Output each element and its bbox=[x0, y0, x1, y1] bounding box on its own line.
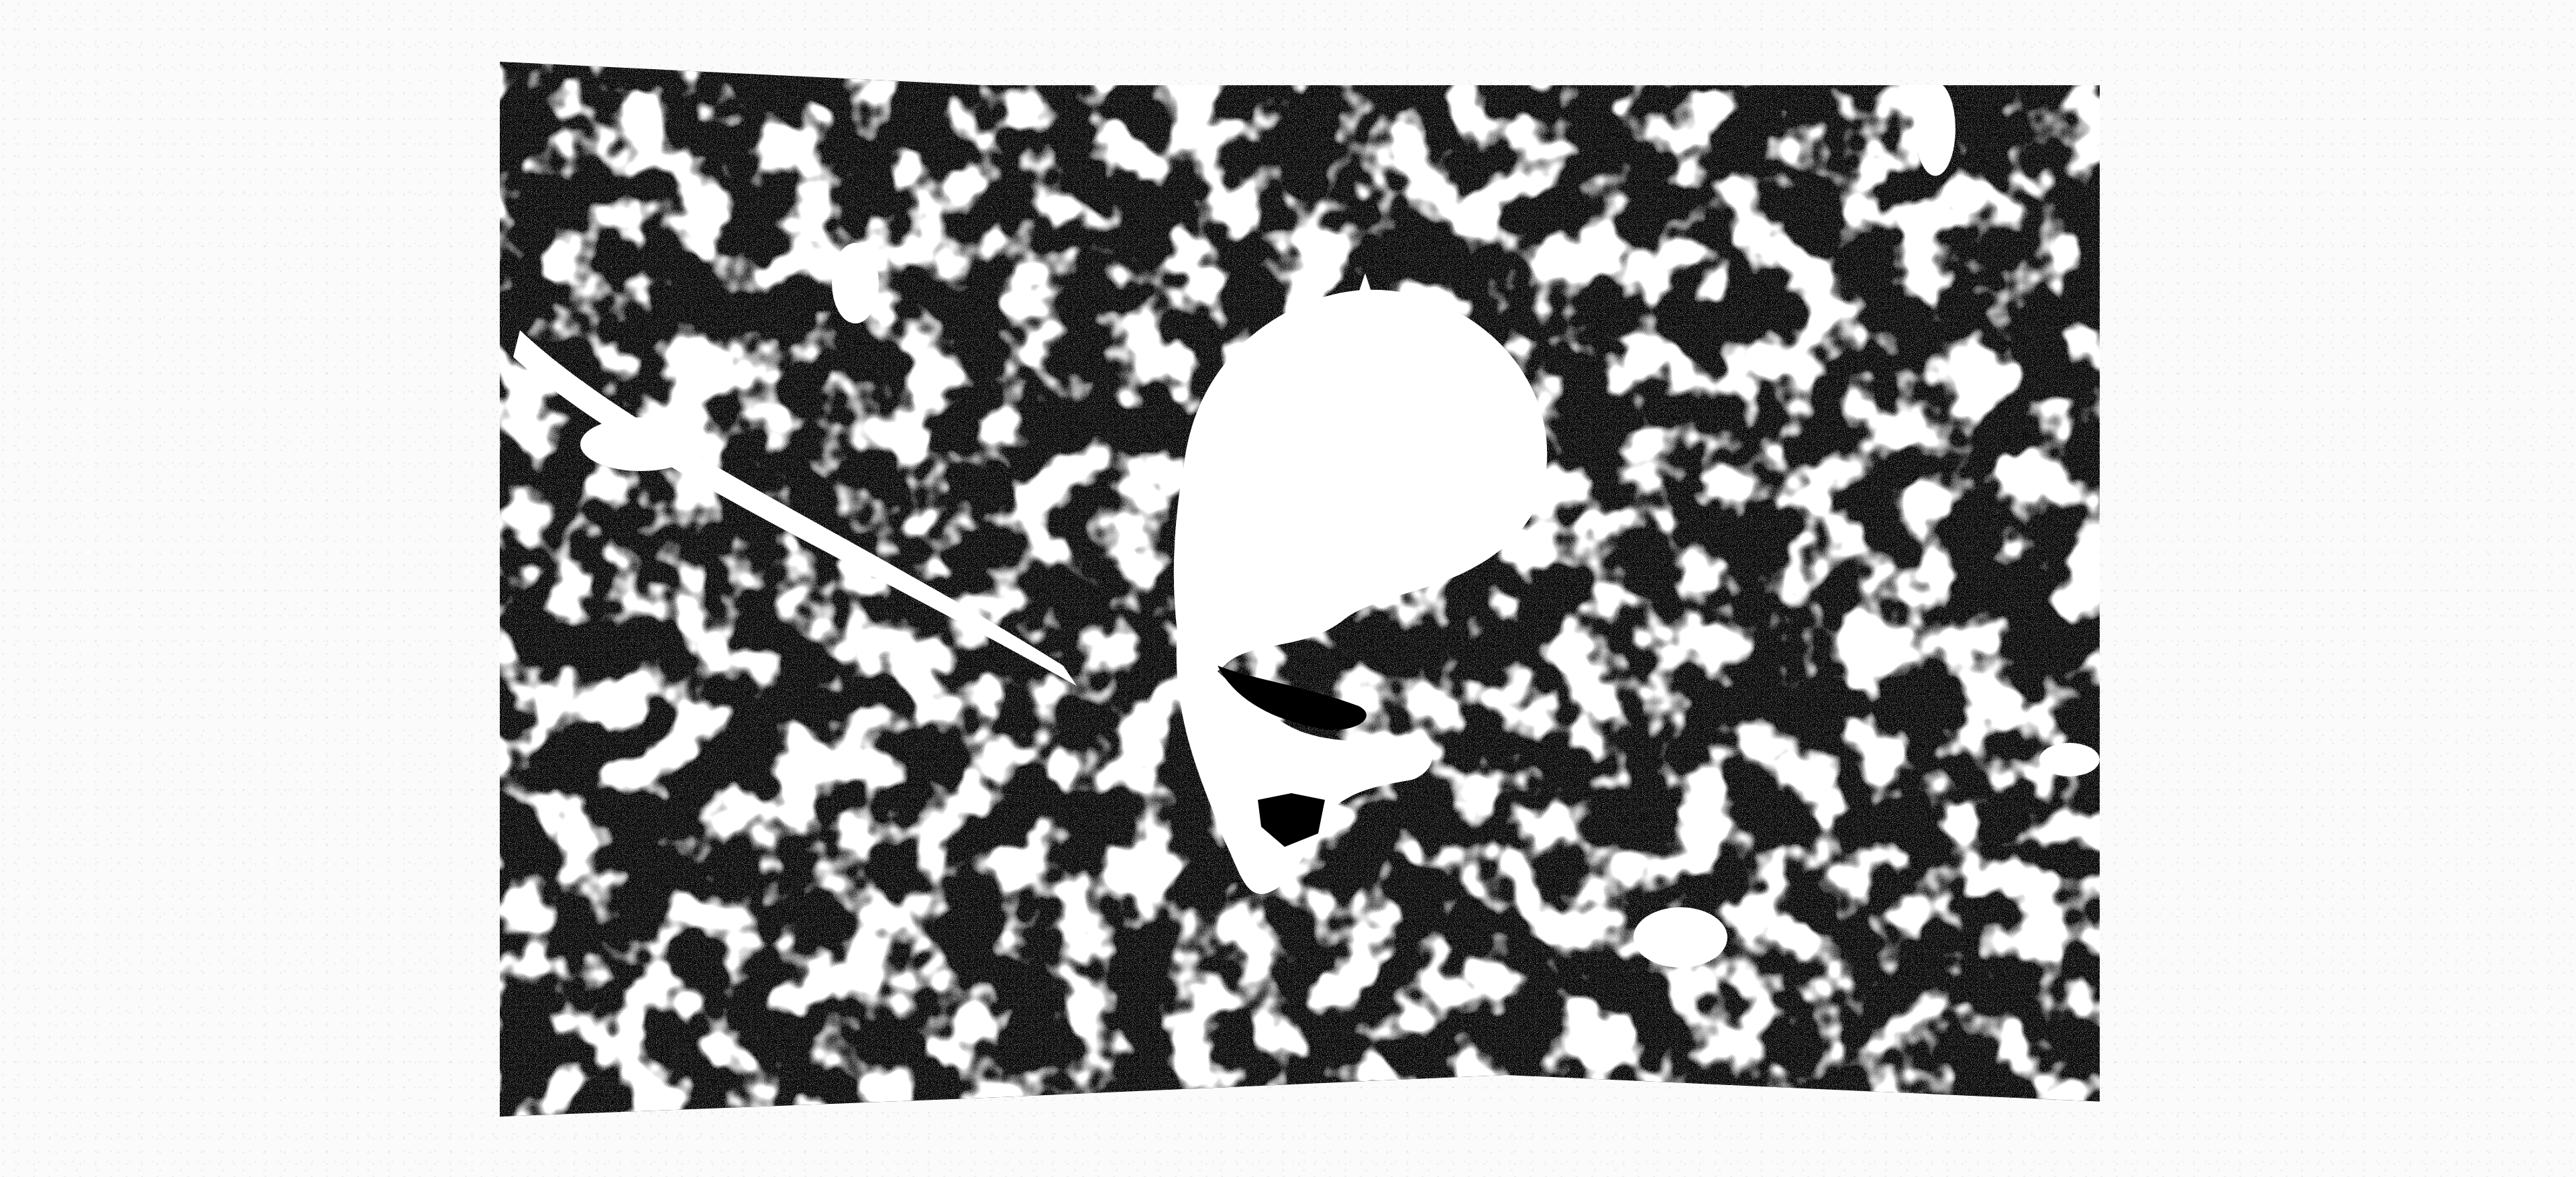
photocopied-photograph bbox=[500, 62, 2100, 1117]
photo-frame bbox=[500, 62, 2100, 1117]
leaf bbox=[832, 243, 879, 323]
leaf bbox=[1915, 82, 1955, 176]
leaf bbox=[580, 417, 701, 471]
leaf bbox=[2039, 743, 2100, 776]
photo-canvas bbox=[500, 62, 2100, 1117]
leaf bbox=[1633, 907, 1727, 968]
